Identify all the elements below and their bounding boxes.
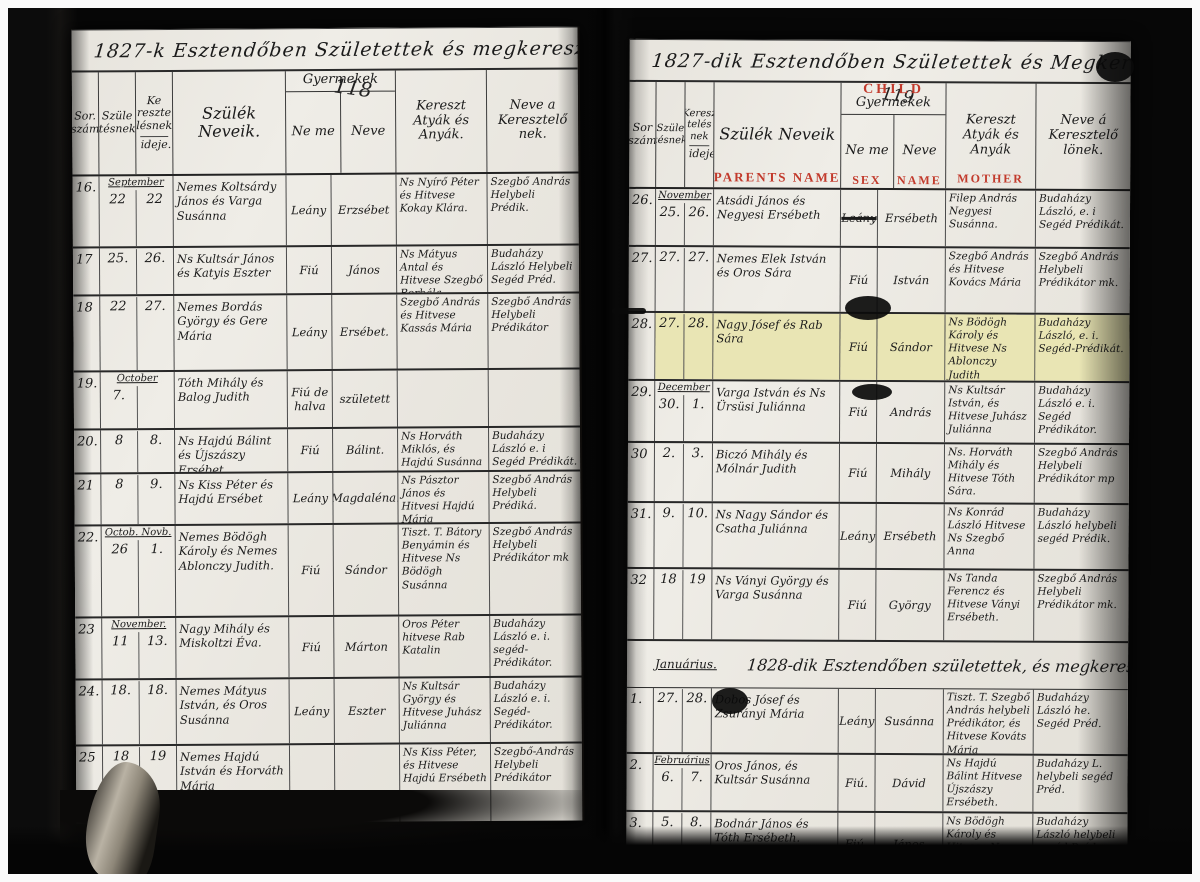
cell-row-number: 16. [72,176,99,246]
table-row: 1725.26.Ns Kultsár János és Katyis Eszte… [73,245,579,296]
cell-sex: Fiú. [838,755,875,811]
month-label: Januárius. [655,657,717,671]
cell-parents: Nemes Bordás György és Gere Mária [174,295,287,370]
ink-smudge [1096,52,1134,82]
cell-sex: Leány [288,473,333,523]
page-title-left: 1827-k Esztendőben Születettek és megker… [93,37,585,63]
cell-born-date: 8 [101,475,138,524]
cell-baptizer: Szegbő András Helybeli Prédikátor mk. [1034,571,1128,641]
cell-born-date: 22 [100,297,137,370]
cell-bapt-date: 28. [683,689,711,752]
cell-born-date: 26 [102,540,139,617]
left-title-band: 1827-k Esztendőben Születettek és megker… [72,26,578,72]
cell-dates: 27.27. [656,247,714,311]
cell-parents: Ns Kiss Péter és Hajdú Ersébet [175,473,288,524]
header-baptism-date: Ke reszte lésnek ideje. [136,72,174,174]
cell-bapt-date: 1. [684,395,712,442]
header-ideje: ideje [689,146,710,162]
cell-parents: Nagy Jósef és Rab Sára [713,313,840,380]
cell-dates: Octob. Novb.261. [102,526,177,616]
cell-name: Bálint. [333,429,398,471]
table-row: 182227.Nemes Bordás György és Gere Mária… [73,293,579,372]
cell-godparents: Ns Konrád László Hitvese Ns Szegbő Anna [944,504,1034,568]
cell-dates: 27.28. [654,688,712,752]
cell-baptizer: Budaházy László e. i Segéd Prédikát. [489,427,580,470]
month-label: November. [102,619,175,632]
cell-godparents: Szegbő András és Hitvese Kovács Mária [946,248,1036,312]
cell-baptizer: Szegbő András Helybeli Prédikátor [488,293,579,368]
cell-bapt-date: 19 [683,570,711,639]
cell-dates: October7. [101,372,175,428]
cell-sex: Fiú [289,617,334,677]
cell-dates: 18.18. [103,680,177,744]
header-sex: Ne me SEX [841,115,894,188]
table-row: 2.Februárius6.7.Oros János, és Kultsár S… [626,754,1127,814]
cell-dates: November.1113. [102,618,176,678]
cell-baptizer [489,369,580,426]
cell-name: Erzsébet [331,175,396,245]
cell-bapt-date: 27. [685,248,713,311]
left-table-header: Sor. szám Szüle tésnek Ke reszte lésnek … [72,69,579,176]
cell-row-number: 21 [74,474,101,524]
cell-dates: December30.1. [655,381,713,441]
cell-dates: 1819 [654,569,712,639]
cell-baptizer: Szegbő András Helybeli Prédikátor mk [490,523,582,614]
annotation-parents-name: PARENTS NAME [714,170,840,185]
left-page: 1827-k Esztendőben Születettek és megker… [72,26,585,823]
right-page: 1827-dik Esztendőben Születettek és Megk… [626,39,1131,847]
month-label: September [99,177,172,190]
cell-parents: Varga István és Ns Ürsüsi Juliánna [713,381,840,442]
month-label: Octob. Novb. [102,527,175,540]
cell-dates: 9.10. [654,503,712,567]
cell-born-date: 11 [102,632,139,679]
cell-sex: Leány [841,190,878,246]
right-title-band: 1827-dik Esztendőben Születettek és Megk… [630,39,1131,84]
cell-godparents: Ns Kultsár István, és Hitvese Juhász Jul… [945,382,1035,442]
table-row[interactable]: 28.27.28.Nagy Jósef és Rab SáraFiúSándor… [628,313,1129,383]
cell-godparents: Ns. Horváth Mihály és Hitvese Tóth Sára. [945,444,1035,502]
page-number-left: 118 [333,73,374,102]
ink-smudge [845,296,891,320]
cell-born-date: 2. [655,444,684,501]
cell-bapt-date: 10. [683,504,711,567]
table-row: 2189.Ns Kiss Péter és Hajdú ErsébetLeány… [74,471,580,526]
cell-baptizer: Szegbő András Helybeli Prédik. [487,173,578,244]
cell-born-date: 7. [101,386,138,429]
cell-name: Dávid [875,755,943,811]
book-edge-shadow [8,8,78,874]
cell-dates: 2.3. [655,443,713,501]
cell-born-date: 25. [656,203,685,246]
header-row-number: Sor. szám [72,72,100,174]
cell-name: Mihály [877,444,945,502]
cell-name: Magdaléna. [333,473,398,523]
cell-name: György [876,570,944,640]
table-row: 23November.1113.Nagy Mihály és Miskoltzi… [75,615,581,680]
cell-sex: Fiú [288,429,333,471]
cell-dates: 25.26. [100,248,174,294]
cell-born-date: 27. [655,314,684,379]
cell-godparents: Ns Kultsár György és Hitvese Juhász Juli… [400,678,491,743]
cell-baptizer: Szegbő András Helybeli Prédikátor mp [1035,445,1129,503]
cell-born-date: 27. [654,689,683,752]
cell-born-date: 22 [100,190,137,247]
header-baptizer: Neve a Keresztelő nek. [487,69,579,172]
cell-bapt-date: 26. [137,249,173,294]
cell-dates: 2227. [100,296,174,370]
ink-smudge [852,384,892,400]
cell-dates: 88. [101,430,175,472]
cell-baptizer: Budaházy László Helybeli Segéd Préd. [488,245,579,292]
cell-parents: Ns Kultsár János és Katyis Eszter [174,247,287,294]
cell-dates: November25.26. [656,189,714,245]
cell-sex: Fiú de halva [288,371,333,427]
cell-parents: Ns Hajdú Bálint és Újszászy Ersébet [175,429,288,472]
cell-parents: Nemes Mátyus István, és Oros Susánna [177,679,290,744]
cell-parents: Nemes Elek István és Oros Sára [714,247,841,312]
cell-godparents: Ns Horváth Miklós, és Hajdú Susánna [398,428,489,471]
month-label: November [656,190,713,203]
page-title-right: 1827-dik Esztendőben Születettek és Megk… [650,50,1130,75]
cell-baptizer: Budaházy László e. i. Segéd Prédikátor. [1035,383,1129,443]
cell-born-date: 25. [100,249,137,294]
header-godparents: Kereszt Atyák és Anyák MOTHER [946,83,1036,188]
annotation-mother: MOTHER [957,173,1024,187]
month-label: December [655,382,712,395]
cell-godparents: Ns Nyírő Péter és Hitvese Kokay Klára. [396,174,487,245]
cell-parents: Biczó Mihály és Mólnár Judith [713,443,840,502]
cell-bapt-date: 7. [682,768,710,811]
cell-dates: September2222 [99,176,173,246]
cell-godparents: Szegbő András és Hitvese Kassás Mária [397,294,488,369]
header-parents: Szülék Neveik. [173,71,287,174]
month-label: October [101,373,174,386]
cell-bapt-date: 13. [139,631,175,678]
cell-sex: Fiú [839,570,876,640]
cell-baptizer: Budaházy László he. Segéd Préd. [1034,690,1128,754]
cell-baptizer: Szegbő András Helybeli Prédikátor mk. [1036,249,1130,313]
cell-name: Ersébet. [332,295,397,369]
cell-baptizer: Budaházy L. helybeli segéd Préd. [1033,756,1127,812]
cell-baptizer: Budaházy László, e. i Segéd Prédikát. [1036,191,1130,247]
table-row: 321819Ns Ványi György és Varga SusánnaFi… [627,569,1128,643]
cell-godparents: Ns Bödögh Károly és Hitvese Ns Ablonczy … [945,314,1035,380]
cell-name: Susánna [876,689,944,753]
cell-godparents: Filep András Negyesi Susánna. [946,190,1036,246]
cell-bapt-date: 3. [684,444,712,501]
cell-godparents: Ns Tanda Ferencz és Hitvese Ványi Ersébe… [944,570,1034,640]
cell-parents: Nemes Bödögh Károly és Nemes Ablonczy Ju… [176,525,290,616]
cell-name: Ersébeth [876,504,944,568]
cell-row-number: 18 [73,296,100,370]
cell-godparents: Tiszt. T. Szegbő András helybeli Prédiká… [944,689,1034,753]
cell-row-number: 22. [75,526,103,616]
cell-sex: Leány [286,175,331,245]
cell-godparents [398,370,489,427]
cell-born-date: 8 [101,431,138,472]
header-baptizer: Neve á Keresztelő lönek. [1036,84,1130,189]
cell-baptizer: Budaházy László helybeli segéd Prédik. [1034,505,1128,569]
cell-born-date: 18 [654,570,683,639]
cell-godparents: Ns Pásztor János és Hitvesi Hajdú Mária [398,472,489,523]
cell-dates: Februárius6.7. [653,754,711,810]
section-header-1828: Januárius. 1828-dik Esztendőben születet… [627,641,1128,690]
cell-parents: Tóth Mihály és Balog Judith [175,371,288,428]
cell-born-date: 27. [656,248,685,311]
table-row: 19.October7.Tóth Mihály és Balog JudithF… [74,369,580,430]
table-row: 22.Octob. Novb.261.Nemes Bödögh Károly é… [75,523,582,618]
ink-mark [612,308,646,314]
right-table-body-1828: 1.27.28.Dobos Jósef és Zsurányi MáriaLeá… [626,688,1128,847]
annotation-name: NAME [897,174,942,188]
cell-born-date: 9. [654,504,683,567]
cell-bapt-date: 27. [137,297,173,370]
month-label: Februárius [654,755,711,768]
cell-row-number: 24. [76,680,103,744]
table-row: 24.18.18.Nemes Mátyus István, és Oros Su… [76,677,582,746]
header-birth-date: Szüle tésnek [99,72,137,174]
cell-bapt-date: 8. [138,431,174,472]
cell-godparents: Ns Mátyus Antal és Hitvese Szegbő Borbál… [397,246,488,293]
cell-bapt-date: 28. [684,314,712,379]
right-table-body-1827: 26.November25.26.Atsádi János és Negyesi… [627,189,1130,643]
cell-born-date: 18. [103,681,140,744]
cell-name: Ersébeth [878,190,946,246]
cell-row-number: 17 [73,248,100,294]
cell-sex: Leány [290,679,335,743]
header-baptism-date: Keresz telés nek ideje [685,82,714,187]
table-row: 31.9.10.Ns Nagy Sándor és Csatha Juliánn… [627,503,1128,571]
cell-bapt-date: 1. [139,539,175,616]
cell-sex: Fiú [840,444,877,502]
table-row: 20.88.Ns Hajdú Bálint és Újszászy Ersébe… [74,427,580,474]
cell-bapt-date [138,385,174,428]
cell-sex: Leány [839,504,876,568]
book-gutter [572,0,636,882]
cell-parents: Nemes Koltsárdy János és Varga Susánna [173,175,286,246]
cell-sex: Fiú [840,314,877,380]
header-ideje: ideje. [141,136,168,152]
cell-dates: 89. [101,474,175,524]
header-sex: Ne me [286,92,341,173]
cell-name: Sándor [334,525,400,615]
header-parents: Szülék Neveik PARENTS NAME [714,82,841,188]
cell-parents: Ns Ványi György és Varga Susánna [712,569,839,640]
cell-baptizer: Budaházy László e. i. Segéd-Prédikátor. [491,677,582,742]
cell-row-number: 20. [74,430,101,472]
cell-baptizer: Budaházy László e. i. segéd-Prédikátor. [490,615,581,676]
annotation-sex: SEX [852,174,881,188]
cell-name: Márton [334,617,399,677]
cell-parents: Atsádi János és Negyesi Ersébeth [714,189,841,246]
header-godparents: Kereszt Atyák és Anyák. [396,70,488,173]
cell-name: Sándor [877,314,945,380]
cell-sex: Leány [287,295,332,369]
register-scan: 1827-k Esztendőben Születettek és megker… [0,0,1200,882]
table-row: 26.November25.26.Atsádi János és Negyesi… [629,189,1130,249]
section-title-1828: 1828-dik Esztendőben születettek, és meg… [746,655,1131,676]
table-row: 302.3.Biczó Mihály és Mólnár JudithFiúMi… [628,443,1129,505]
header-name: Neve NAME [894,115,946,188]
table-row: 1.27.28.Dobos Jósef és Zsurányi MáriaLeá… [627,688,1128,756]
cell-name: János [332,247,397,293]
cell-name: Eszter [335,679,400,743]
cell-godparents: Ns Hajdú Bálint Hitvese Újszászy Ersébet… [943,755,1033,811]
cell-sex: Fiú [289,525,335,615]
table-row: 16.September2222Nemes Koltsárdy János és… [72,173,578,248]
cell-sex: Leány [839,689,876,753]
cell-parents: Ns Nagy Sándor és Csatha Juliánna [712,503,839,568]
cell-born-date: 6. [653,768,682,811]
annotation-child: CHILD [863,83,924,98]
cell-parents: Nagy Mihály és Miskoltzi Éva. [176,617,289,678]
cell-dates: 27.28. [655,313,713,379]
cell-baptizer: Szegbő András Helybeli Prédiká. [489,471,580,522]
cell-row-number: 19. [74,372,101,428]
left-table-body: 16.September2222Nemes Koltsárdy János és… [72,173,582,823]
cell-born-date: 30. [655,395,684,442]
cell-godparents: Oros Péter hitvese Rab Katalin [399,616,490,677]
cell-name: született [333,371,398,427]
cell-row-number: 23 [75,618,102,678]
cell-baptizer: Budaházy László, e. i. Segéd-Prédikát. [1035,315,1129,381]
cell-sex: Fiú [287,247,332,293]
header-birth-date: Szüle tésnek [656,82,685,187]
header-name: Neve [341,92,395,173]
cell-godparents: Tiszt. T. Bátory Benyámin és Hitvese Ns … [399,524,491,615]
ink-smudge [712,688,748,714]
cell-bapt-date: 9. [138,475,174,524]
cell-bapt-date: 26. [685,203,713,246]
cell-bapt-date: 18. [140,681,176,744]
right-table-header: Sor szám Szüle tésnek Keresz telés nek i… [629,82,1130,191]
cell-bapt-date: 22 [137,189,173,246]
cell-parents: Oros János, és Kultsár Susánna [711,754,838,811]
